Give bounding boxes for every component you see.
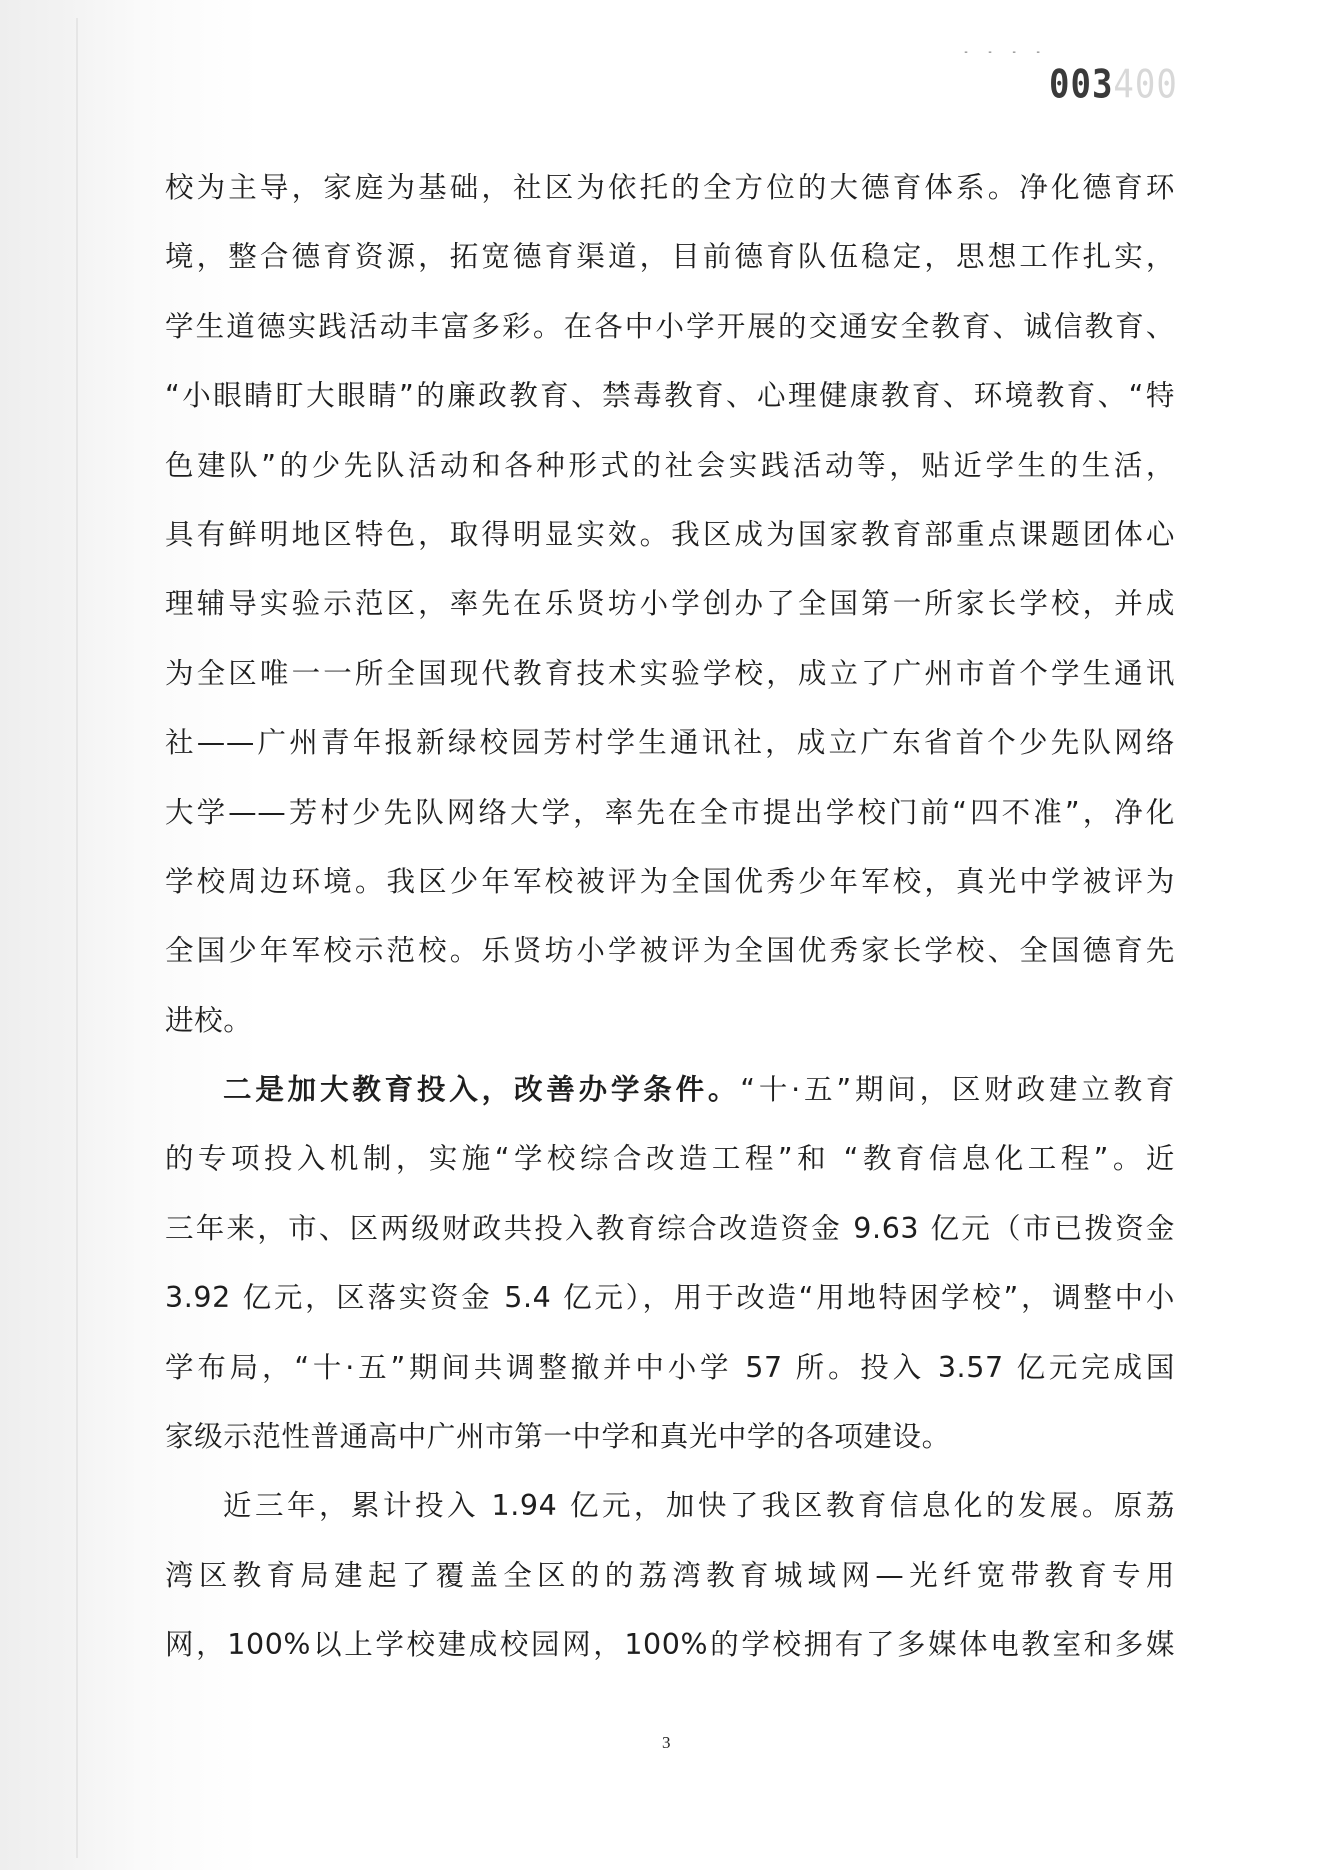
text-line: 网，100%以上学校建成校园网，100%的学校拥有了多媒体电教室和多媒 bbox=[165, 1625, 1175, 1694]
archive-serial-number: 003400 bbox=[1049, 62, 1178, 108]
text-line: 大学——芳村少先队网络大学，率先在全市提出学校门前“四不准”，净化 bbox=[165, 793, 1175, 862]
text-line: 近三年，累计投入 1.94 亿元，加快了我区教育信息化的发展。原荔 bbox=[165, 1486, 1175, 1555]
text-line: 学校周边环境。我区少年军校被评为全国优秀少年军校，真光中学被评为 bbox=[165, 862, 1175, 931]
text-line: 校为主导，家庭为基础，社区为依托的全方位的大德育体系。净化德育环 bbox=[165, 168, 1175, 237]
paragraph-lead-line: 二是加大教育投入，改善办学条件。“十·五”期间，区财政建立教育 bbox=[165, 1070, 1175, 1139]
text-line: 学生道德实践活动丰富多彩。在各中小学开展的交通安全教育、诚信教育、 bbox=[165, 307, 1175, 376]
text-line: 学布局，“十·五”期间共调整撤并中小学 57 所。投入 3.57 亿元完成国 bbox=[165, 1348, 1175, 1417]
text-line: 境，整合德育资源，拓宽德育渠道，目前德育队伍稳定，思想工作扎实， bbox=[165, 237, 1175, 306]
text-span: “十·五”期间，区财政建立教育 bbox=[740, 1073, 1175, 1106]
text-line: 色建队”的少先队活动和各种形式的社会实践活动等，贴近学生的生活， bbox=[165, 446, 1175, 515]
text-line: “小眼睛盯大眼睛”的廉政教育、禁毒教育、心理健康教育、环境教育、“特 bbox=[165, 376, 1175, 445]
text-line: 3.92 亿元，区落实资金 5.4 亿元），用于改造“用地特困学校”，调整中小 bbox=[165, 1278, 1175, 1347]
serial-faint: 400 bbox=[1113, 62, 1177, 108]
text-line: 社——广州青年报新绿校园芳村学生通讯社，成立广东省首个少先队网络 bbox=[165, 723, 1175, 792]
text-line: 具有鲜明地区特色，取得明显实效。我区成为国家教育部重点课题团体心 bbox=[165, 515, 1175, 584]
text-line: 为全区唯一一所全国现代教育技术实验学校，成立了广州市首个学生通讯 bbox=[165, 654, 1175, 723]
document-body: 校为主导，家庭为基础，社区为依托的全方位的大德育体系。净化德育环 境，整合德育资… bbox=[165, 168, 1175, 1695]
text-line: 家级示范性普通高中广州市第一中学和真光中学的各项建设。 bbox=[165, 1417, 1175, 1486]
text-line: 理辅导实验示范区，率先在乐贤坊小学创办了全国第一所家长学校，并成 bbox=[165, 584, 1175, 653]
scanned-page: - - - - 003400 校为主导，家庭为基础，社区为依托的全方位的大德育体… bbox=[0, 0, 1322, 1870]
paragraph-heading: 二是加大教育投入，改善办学条件。 bbox=[223, 1073, 740, 1106]
text-line: 全国少年军校示范校。乐贤坊小学被评为全国优秀家长学校、全国德育先 bbox=[165, 931, 1175, 1000]
text-line: 进校。 bbox=[165, 1001, 1175, 1070]
page-number: 3 bbox=[662, 1733, 671, 1753]
text-line: 的专项投入机制，实施“学校综合改造工程”和 “教育信息化工程”。近 bbox=[165, 1139, 1175, 1208]
serial-visible: 003 bbox=[1049, 62, 1113, 108]
scan-edge-shadow bbox=[76, 18, 78, 1858]
text-line: 湾区教育局建起了覆盖全区的的荔湾教育城域网—光纤宽带教育专用 bbox=[165, 1556, 1175, 1625]
stamp-marks: - - - - bbox=[963, 47, 1047, 58]
text-line: 三年来，市、区两级财政共投入教育综合改造资金 9.63 亿元（市已拨资金 bbox=[165, 1209, 1175, 1278]
